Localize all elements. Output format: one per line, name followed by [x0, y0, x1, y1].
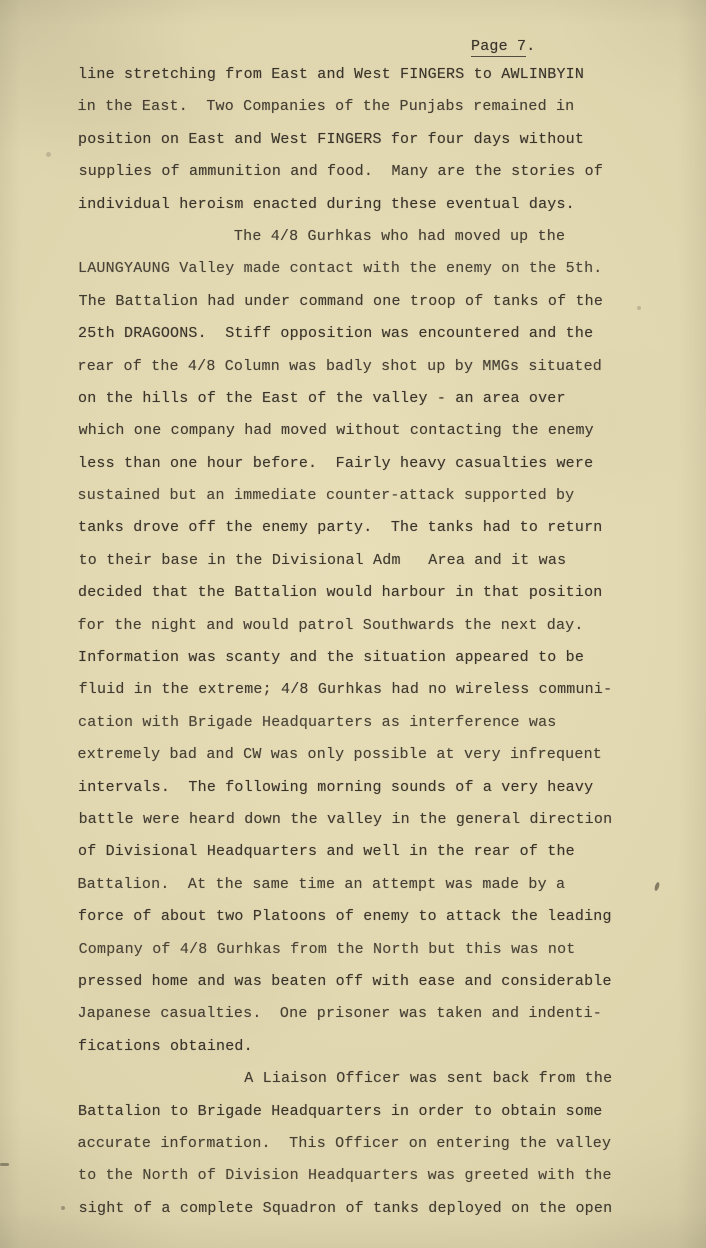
typewritten-text-line: line stretching from East and West FINGE…	[78, 59, 678, 91]
typewritten-text-line: Company of 4/8 Gurhkas from the North bu…	[79, 934, 679, 966]
typewritten-text-line: The 4/8 Gurhkas who had moved up the	[78, 221, 678, 253]
typewritten-text-line: individual heroism enacted during these …	[78, 189, 678, 221]
scanned-document-page: Page 7. line stretching from East and We…	[0, 0, 706, 1248]
typewritten-text-line: extremely bad and CW was only possible a…	[78, 739, 678, 771]
typewritten-text-line: Battalion to Brigade Headquarters in ord…	[78, 1096, 678, 1128]
page-number-period: .	[526, 38, 535, 55]
typewritten-text-line: fluid in the extreme; 4/8 Gurhkas had no…	[79, 674, 679, 706]
typewritten-text-line: of Divisional Headquarters and well in t…	[78, 836, 678, 868]
document-body-text: line stretching from East and West FINGE…	[78, 59, 678, 1225]
typewritten-text-line: pressed home and was beaten off with eas…	[78, 966, 678, 998]
typewritten-text-line: on the hills of the East of the valley -…	[78, 383, 678, 415]
typewritten-text-line: Information was scanty and the situation…	[78, 642, 678, 674]
typewritten-text-line: intervals. The following morning sounds …	[78, 772, 678, 804]
typewritten-text-line: cation with Brigade Headquarters as inte…	[78, 707, 678, 739]
paper-speck	[0, 1163, 9, 1166]
typewritten-text-line: The Battalion had under command one troo…	[79, 286, 679, 318]
paper-speck	[46, 152, 51, 157]
typewritten-text-line: sustained but an immediate counter-attac…	[78, 480, 678, 512]
typewritten-text-line: A Liaison Officer was sent back from the	[79, 1063, 679, 1095]
typewritten-text-line: Battalion. At the same time an attempt w…	[78, 869, 678, 901]
typewritten-text-line: to their base in the Divisional Adm Area…	[79, 545, 679, 577]
typewritten-text-line: LAUNGYAUNG Valley made contact with the …	[78, 253, 678, 285]
page-number-text: Page 7	[471, 38, 526, 57]
typewritten-text-line: sight of a complete Squadron of tanks de…	[79, 1193, 679, 1225]
typewritten-text-line: tanks drove off the enemy party. The tan…	[78, 512, 678, 544]
typewritten-text-line: position on East and West FINGERS for fo…	[78, 124, 678, 156]
typewritten-text-line: battle were heard down the valley in the…	[79, 804, 679, 836]
typewritten-text-line: supplies of ammunition and food. Many ar…	[79, 156, 679, 188]
typewritten-text-line: rear of the 4/8 Column was badly shot up…	[78, 351, 678, 383]
paper-speck	[61, 1206, 65, 1210]
typewritten-text-line: decided that the Battalion would harbour…	[78, 577, 678, 609]
typewritten-text-line: which one company had moved without cont…	[79, 415, 679, 447]
typewritten-text-line: less than one hour before. Fairly heavy …	[78, 448, 678, 480]
typewritten-text-line: in the East. Two Companies of the Punjab…	[78, 91, 678, 123]
typewritten-text-line: for the night and would patrol Southward…	[78, 610, 678, 642]
paper-speck	[637, 306, 641, 310]
typewritten-text-line: accurate information. This Officer on en…	[78, 1128, 678, 1160]
typewritten-text-line: to the North of Division Headquarters wa…	[78, 1160, 678, 1192]
page-number-heading: Page 7.	[471, 38, 535, 55]
typewritten-text-line: fications obtained.	[78, 1031, 678, 1063]
typewritten-text-line: Japanese casualties. One prisoner was ta…	[78, 998, 678, 1030]
typewritten-text-line: force of about two Platoons of enemy to …	[78, 901, 678, 933]
typewritten-text-line: 25th DRAGOONS. Stiff opposition was enco…	[78, 318, 678, 350]
